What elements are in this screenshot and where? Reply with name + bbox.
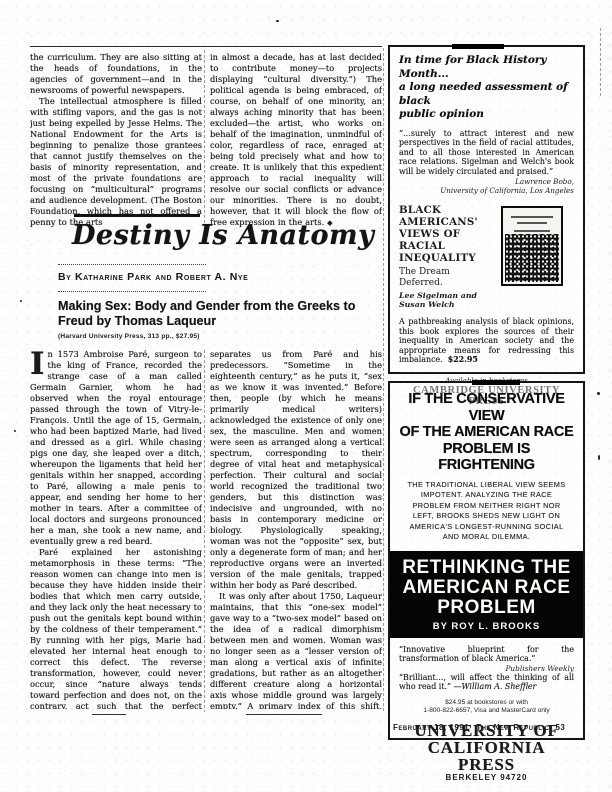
footer-page-number: 53 [555,723,565,732]
blurb: “Innovative blueprint for the transforma… [399,645,574,664]
review-quote: “…surely to attract interest and new per… [399,129,574,177]
page-edge-mark [600,28,601,98]
scan-speck [598,455,600,460]
article-title: Destiny Is Anatomy [72,220,374,251]
blurb-source: Publishers Weekly [399,664,574,673]
paragraph-text: n 1573 Ambroise Paré, surgeon to the kin… [30,349,202,546]
ad-subcopy: THE TRADITIONAL LIBERAL VIEW SEEMS IMPOT… [399,480,574,543]
ad-description: A pathbreaking analysis of black opinion… [399,317,574,365]
review-col2: separates us from Paré and his predecess… [210,349,382,709]
column-end-rule [92,714,126,715]
column-rule-vertical [204,50,205,236]
ad-headline: IF THE CONSERVATIVE VIEW OF THE AMERICAN… [399,391,574,474]
paragraph: In 1573 Ambroise Paré, surgeon to the ki… [30,349,202,547]
column-end-rule [246,714,322,715]
banner-book-title: RETHINKING THE AMERICAN RACE PROBLEM [392,558,581,618]
ucpress-ad: IF THE CONSERVATIVE VIEW OF THE AMERICAN… [388,381,585,740]
ad-border-mark [452,44,504,49]
blurb-source: —William A. Sheffler [454,682,537,691]
book-cover-image [501,206,563,286]
description-text: A pathbreaking analysis of black opinion… [399,317,574,364]
blurb-block: “Innovative blueprint for the transforma… [399,645,574,692]
book-info-row: BLACK AMERICANS' VIEWS OF RACIAL INEQUAL… [399,204,574,309]
ad-border-mark [472,380,520,385]
footer-magazine: The New Republic [476,723,549,732]
paragraph: Paré explained her astonishing metamorph… [30,547,202,709]
press-location: BERKELEY 94720 [399,773,574,782]
cover-text-line [514,230,550,232]
book-authors: Lee Sigelman and Susan Welch [399,291,497,309]
quote-attribution: Lawrence Bobo, University of California,… [399,178,574,196]
banner-book-author: BY ROY L. BROOKS [392,621,581,632]
book-banner: RETHINKING THE AMERICAN RACE PROBLEM BY … [390,551,583,638]
blurb: “Brilliant…, will affect the thinking of… [399,673,574,692]
book-title-block: BLACK AMERICANS' VIEWS OF RACIAL INEQUAL… [399,204,497,309]
article-byline: By Katharine Park and Robert A. Nye [58,271,248,283]
reviewed-book-title: Making Sex: Body and Gender from the Gre… [58,299,384,329]
order-info: $24.95 at bookstores or with 1-800-822-6… [399,699,574,716]
paragraph: in almost a decade, has at last decided … [210,52,382,229]
dotted-rule [58,291,206,292]
book-subtitle: The Dream Deferred. [399,267,497,288]
footer-date: February 18, 1991 [393,723,469,732]
paragraph: It was only after about 1750, Laqueur ma… [210,591,382,709]
cover-text-line [517,222,547,224]
scan-speck [20,300,22,302]
title-rule [74,214,200,217]
page-footer: February 18, 1991The New Republic53 [393,723,565,732]
book-title-stack: BLACK AMERICANS' VIEWS OF RACIAL INEQUAL… [399,204,497,264]
scan-speck [597,392,600,395]
dotted-rule [58,264,206,265]
column-rule-vertical [383,48,384,712]
paragraph: separates us from Paré and his predecess… [210,349,382,591]
cover-photo-noise [505,234,559,282]
review-col1: In 1573 Ambroise Paré, surgeon to the ki… [30,349,202,709]
prev-article-col1: the curriculum. They are also sitting at… [30,52,202,236]
cover-text-line [511,216,553,218]
top-rule [30,46,382,47]
scanned-magazine-page: the curriculum. They are also sitting at… [0,0,612,792]
scan-speck [276,20,279,22]
prev-article-col2: in almost a decade, has at last decided … [210,52,382,236]
ad-heading: In time for Black History Month... a lon… [399,54,574,122]
column-rule-vertical [204,350,205,712]
cambridge-ad: In time for Black History Month... a lon… [388,45,585,374]
paragraph: The intellectual atmosphere is filled wi… [30,96,202,228]
paragraph: the curriculum. They are also sitting at… [30,52,202,96]
price: $22.95 [448,355,478,364]
book-imprint: (Harvard University Press, 313 pp., $27.… [58,333,200,340]
drop-cap: I [30,349,48,377]
paragraph-text: in almost a decade, has at last decided … [210,52,382,227]
scan-speck [14,430,16,432]
